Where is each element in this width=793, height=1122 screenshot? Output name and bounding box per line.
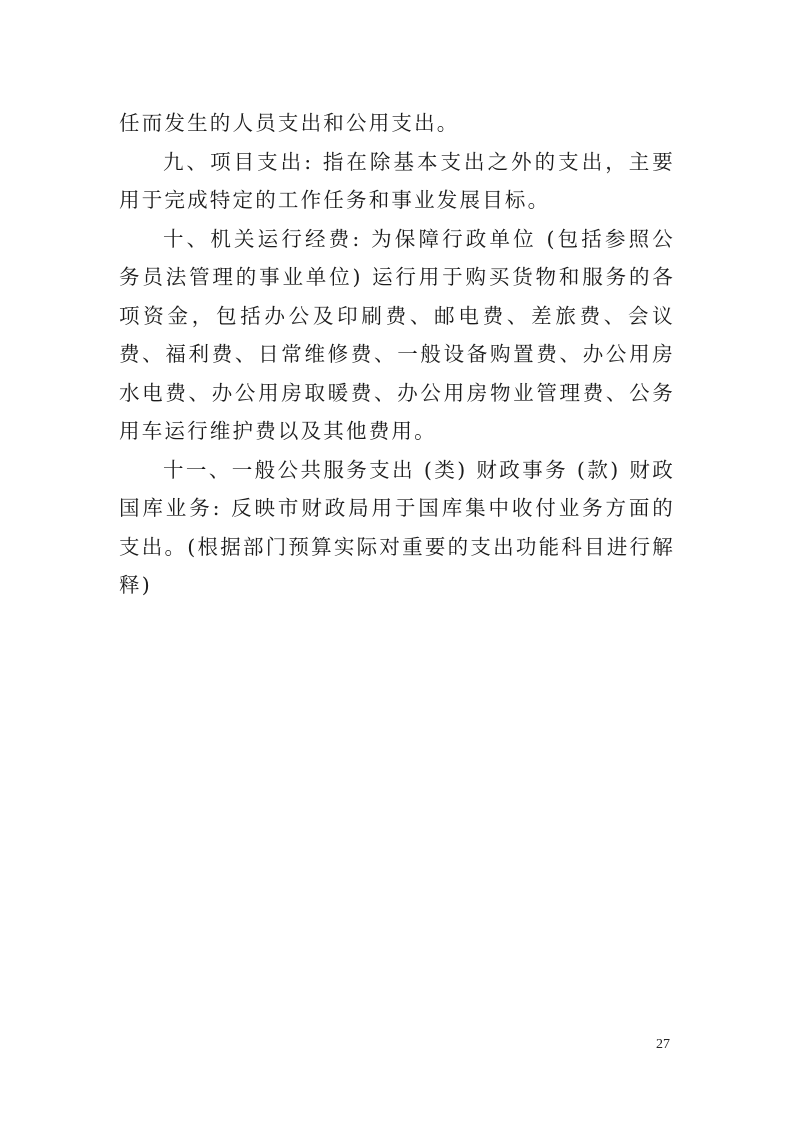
paragraph-item-11-public-services: 十一、一般公共服务支出 (类) 财政事务 (款) 财政国库业务: 反映市财政局用… <box>119 451 675 605</box>
paragraph-continuation: 任而发生的人员支出和公用支出。 <box>119 104 675 143</box>
paragraph-item-10-operating-funds: 十、机关运行经费: 为保障行政单位 (包括参照公务员法管理的事业单位) 运行用于… <box>119 220 675 451</box>
document-body: 任而发生的人员支出和公用支出。 九、项目支出: 指在除基本支出之外的支出，主要用… <box>119 104 675 605</box>
document-page: 任而发生的人员支出和公用支出。 九、项目支出: 指在除基本支出之外的支出，主要用… <box>0 0 793 1122</box>
page-number: 27 <box>656 1037 670 1053</box>
paragraph-item-9-project-expenditure: 九、项目支出: 指在除基本支出之外的支出，主要用于完成特定的工作任务和事业发展目… <box>119 143 675 220</box>
